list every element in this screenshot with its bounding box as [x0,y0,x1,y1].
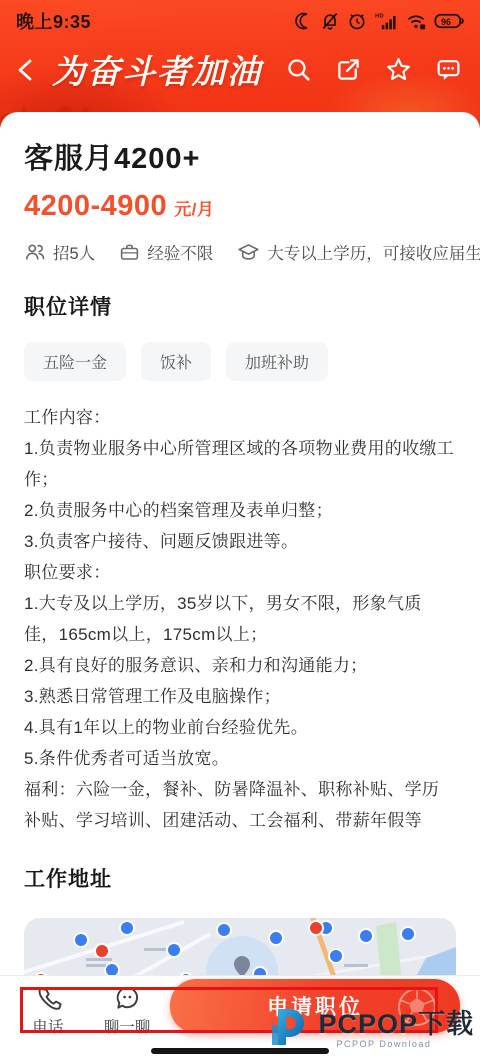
home-indicator[interactable] [151,1048,329,1054]
address-heading: 工作地址 [24,863,456,893]
desc-line: 5.条件优秀者可适当放宽。 [24,743,456,774]
desc-line: 福利：六险一金，餐补、防暑降温补、职称补贴、学历补贴、学习培训、团建活动、工会福… [24,774,456,836]
pcpop-logo-icon [264,999,316,1051]
education-item: 大专以上学历，可接收应届生 [237,240,480,264]
experience-item: 经验不限 [119,240,213,264]
search-icon[interactable] [285,56,312,83]
back-icon[interactable] [14,57,40,83]
desc-line: 3.负责客户接待、问题反馈跟进等。 [24,526,456,557]
job-meta-row: 招5人 经验不限 大专以上学历，可接收应届生 [24,240,456,264]
phone-icon [35,985,62,1012]
phone-action[interactable]: 电话 [13,985,83,1037]
salary-unit: 元/月 [174,200,214,219]
battery-icon: 96 [434,12,466,30]
desc-line: 4.具有1年以上的物业前台经验优先。 [24,712,456,743]
svg-text:96: 96 [441,17,451,27]
nav-bar: 为奋斗者加油 [0,34,480,93]
job-card: 客服月4200+ 4200-4900元/月 招5人 经验 [0,112,480,1057]
tag-overtime[interactable]: 加班补助 [226,342,328,381]
desc-line: 1.大专及以上学历，35岁以下，男女不限，形象气质佳，165cm以上，175cm… [24,588,456,650]
desc-line: 2.具有良好的服务意识、亲和力和沟通能力； [24,650,456,681]
graduation-cap-icon [237,242,260,262]
job-description: 工作内容： 1.负责物业服务中心所管理区域的各项物业费用的收缴工作； 2.负责服… [24,402,456,836]
svg-text:HD: HD [375,14,383,20]
desc-line: 职位要求： [24,557,456,588]
message-icon[interactable] [435,56,462,83]
salary-range: 4200-4900 [24,190,167,222]
tag-insurance[interactable]: 五险一金 [24,342,126,381]
chat-label: 聊一聊 [92,1015,162,1037]
share-icon[interactable] [335,56,362,83]
desc-line: 2.负责服务中心的档案管理及表单归整； [24,495,456,526]
experience-text: 经验不限 [147,240,213,264]
chat-action[interactable]: 聊一聊 [92,985,162,1037]
headcount-text: 招5人 [53,240,95,264]
desc-line: 工作内容： [24,402,456,433]
wifi-icon [405,11,427,31]
alarm-clock-icon [347,11,367,31]
moon-icon [293,11,313,31]
pcpop-watermark: PCPOP下载 PCPOP Download [264,999,474,1051]
details-heading: 职位详情 [24,291,456,321]
page-title: 为奋斗者加油 [52,46,262,93]
desc-line: 1.负责物业服务中心所管理区域的各项物业费用的收缴工作； [24,433,456,495]
pcpop-watermark-text: PCPOP下载 PCPOP Download [318,1002,474,1049]
watermark-title: PCPOP下载 [318,1002,474,1041]
headcount-item: 招5人 [24,240,95,264]
mute-bell-icon [320,11,340,31]
people-icon [24,242,46,262]
briefcase-icon [119,242,140,262]
nav-action-icons [285,56,464,83]
salary: 4200-4900元/月 [24,190,456,223]
job-title: 客服月4200+ [24,136,456,177]
benefit-tags: 五险一金 饭补 加班补助 [24,342,456,381]
status-bar: 晚上9:35 HD [0,0,480,34]
tag-meal[interactable]: 饭补 [141,342,211,381]
education-text: 大专以上学历，可接收应届生 [267,240,480,264]
job-detail-screen: 晚上9:35 HD [0,0,480,1057]
phone-label: 电话 [13,1015,83,1037]
status-icons: HD 96 [293,11,466,31]
clock-text: 晚上9:35 [16,8,91,34]
star-icon[interactable] [385,56,412,83]
signal-volte-icon: HD [374,11,398,31]
desc-line: 3.熟悉日常管理工作及电脑操作； [24,681,456,712]
chat-bubble-icon [114,985,141,1012]
